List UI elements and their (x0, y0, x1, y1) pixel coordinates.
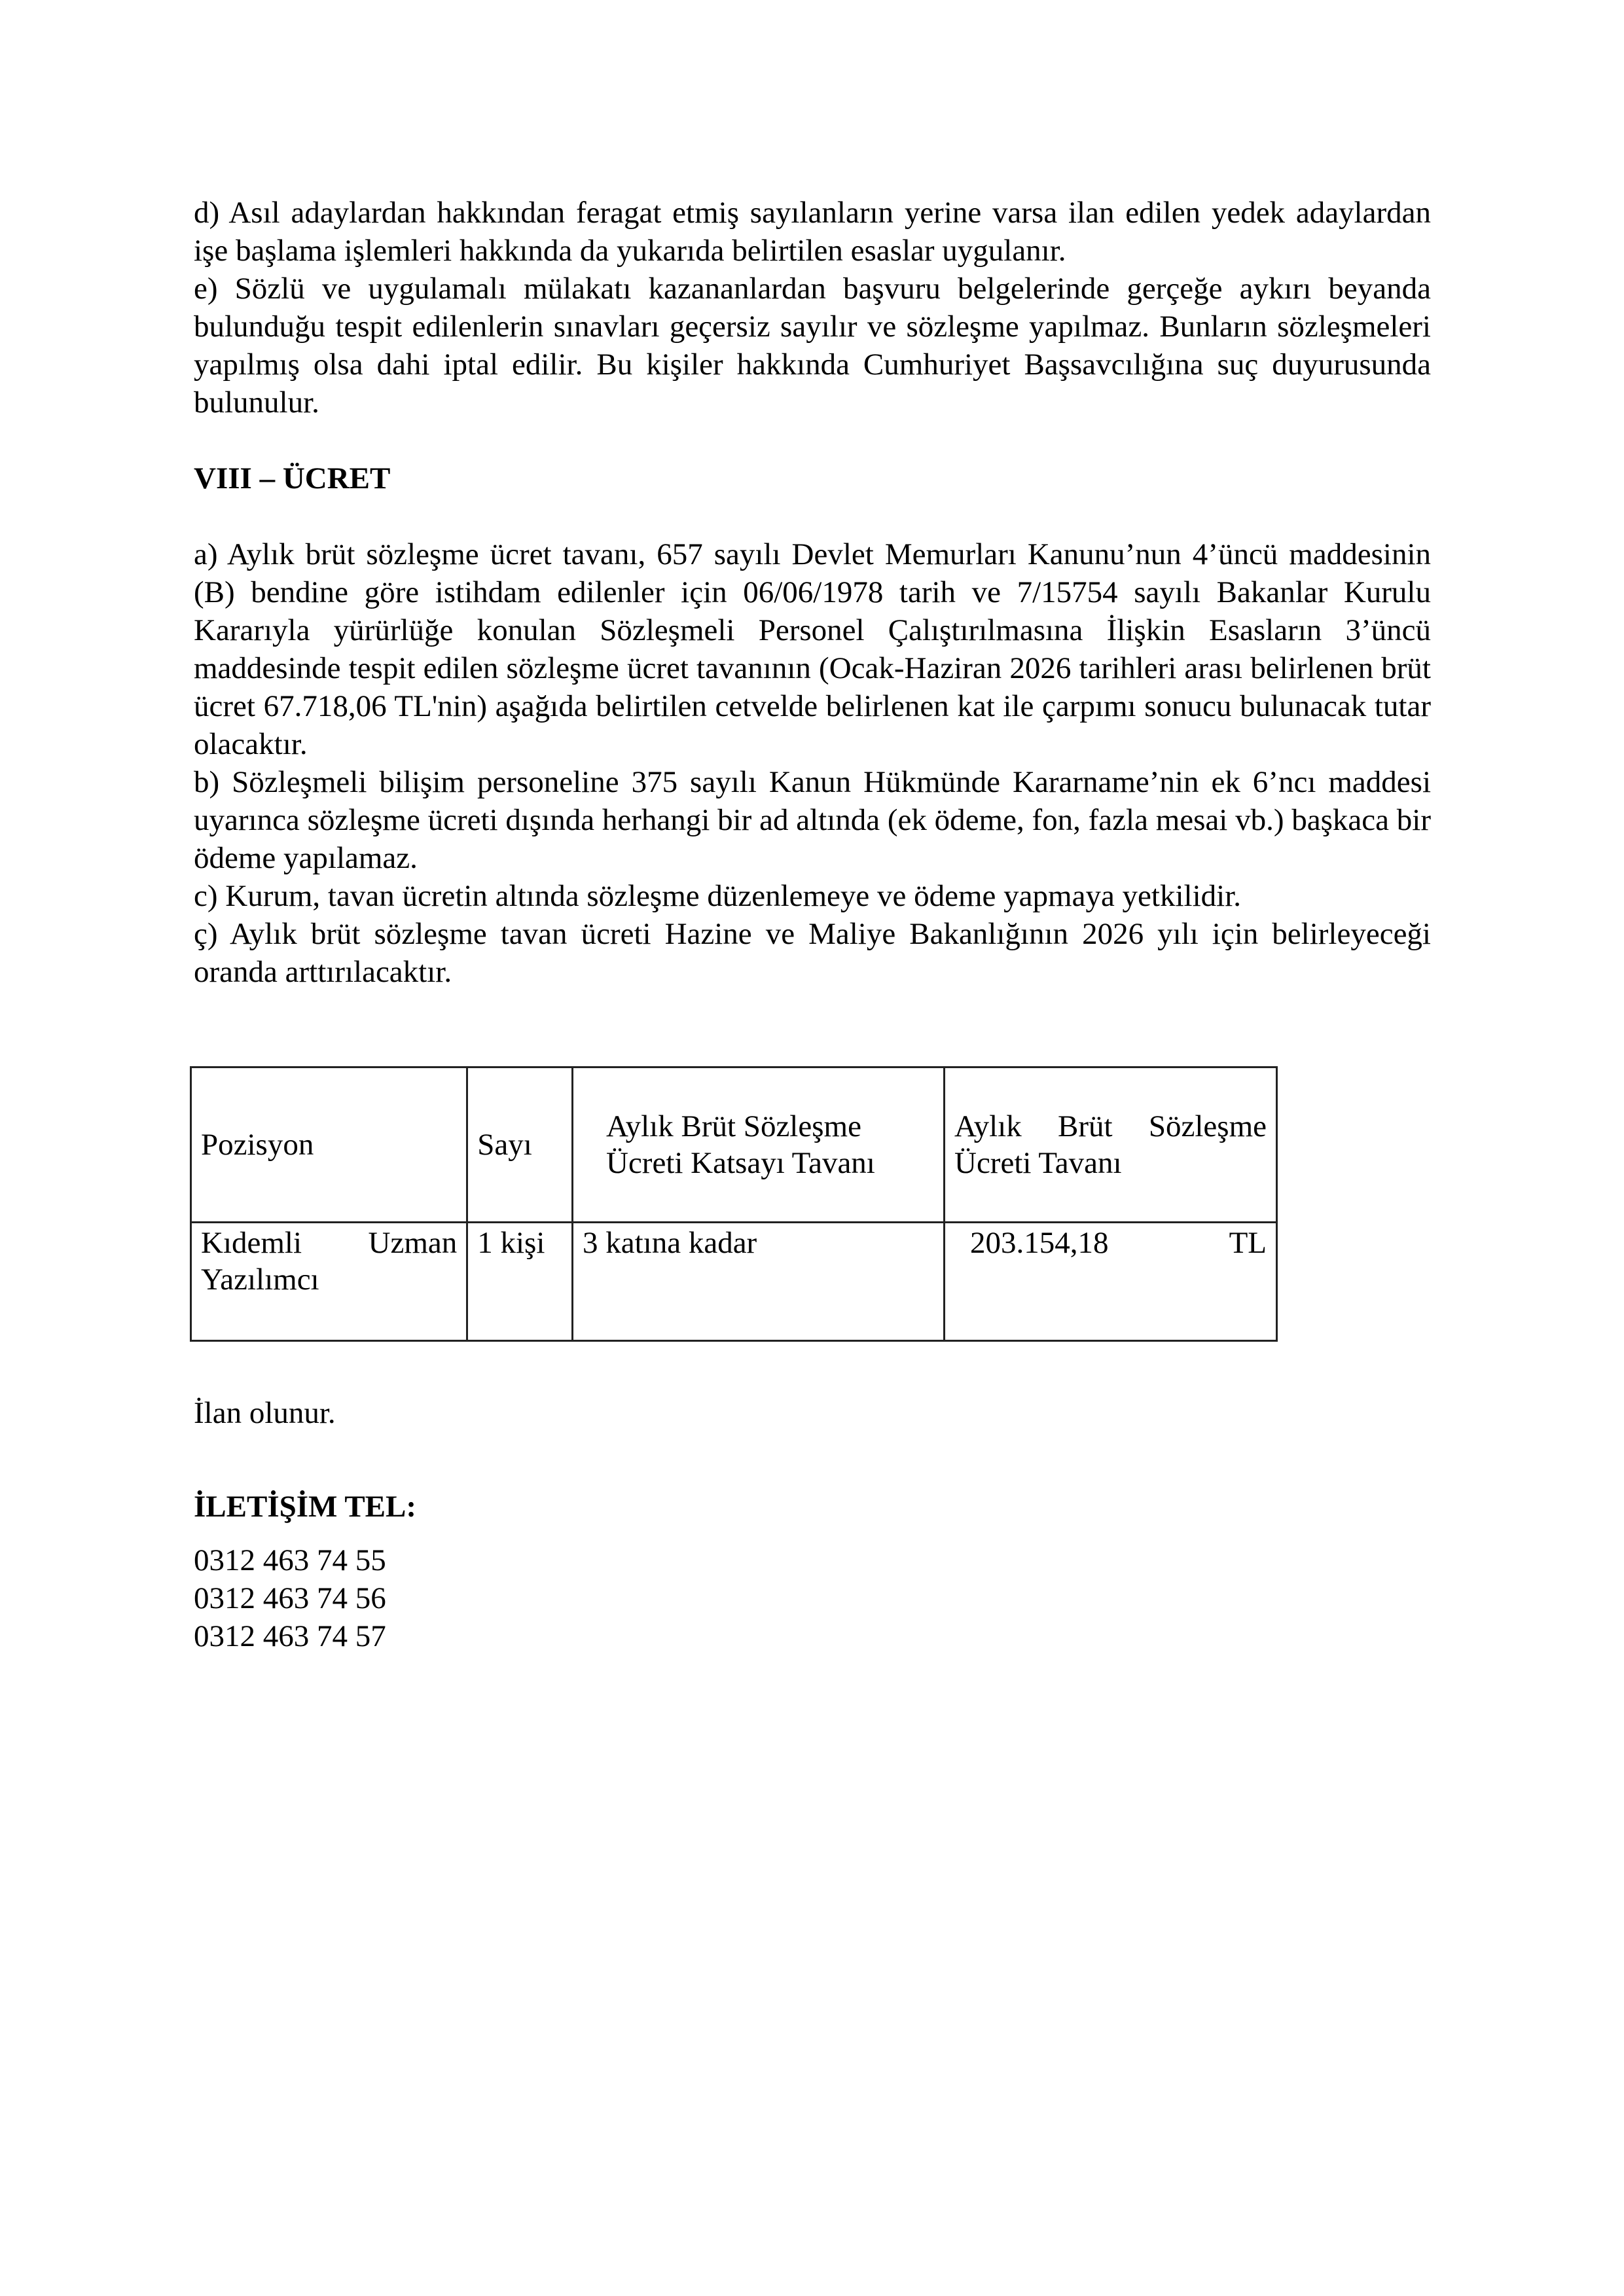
phone-number: 0312 463 74 56 (194, 1579, 1431, 1617)
phone-list: 0312 463 74 55 0312 463 74 56 0312 463 7… (194, 1541, 1431, 1655)
phone-number: 0312 463 74 55 (194, 1541, 1431, 1579)
spacer (194, 422, 1431, 459)
cell-count: 1 kişi (467, 1223, 573, 1341)
spacer (194, 1526, 1431, 1541)
document-page: d) Asıl adaylardan hakkından feragat etm… (194, 194, 1431, 1655)
spacer (194, 1432, 1431, 1488)
spacer (194, 991, 1431, 1066)
header-coefficient: Aylık Brüt Sözleşme Ücreti Katsayı Tavan… (573, 1067, 945, 1223)
spacer (194, 497, 1431, 535)
phone-number: 0312 463 74 57 (194, 1617, 1431, 1655)
contact-heading: İLETİŞİM TEL: (194, 1488, 1431, 1526)
salary-currency: TL (1229, 1225, 1267, 1261)
paragraph-e: e) Sözlü ve uygulamalı mülakatı kazananl… (194, 270, 1431, 422)
table-header-row: Pozisyon Sayı Aylık Brüt Sözleşme Ücreti… (191, 1067, 1277, 1223)
paragraph-c-cedilla: ç) Aylık brüt sözleşme tavan ücreti Hazi… (194, 915, 1431, 991)
cell-position: Kıdemli Uzman Yazılımcı (191, 1223, 467, 1341)
header-count: Sayı (467, 1067, 573, 1223)
paragraph-d: d) Asıl adaylardan hakkından feragat etm… (194, 194, 1431, 270)
cell-salary-cap: 203.154,18 TL (945, 1223, 1277, 1341)
salary-table: Pozisyon Sayı Aylık Brüt Sözleşme Ücreti… (190, 1066, 1278, 1342)
section-heading-ucret: VIII – ÜCRET (194, 459, 1431, 497)
paragraph-b: b) Sözleşmeli bilişim personeline 375 sa… (194, 763, 1431, 877)
salary-amount: 203.154,18 (970, 1225, 1109, 1261)
closing-text: İlan olunur. (194, 1394, 1431, 1432)
paragraph-c: c) Kurum, tavan ücretin altında sözleşme… (194, 877, 1431, 915)
header-position: Pozisyon (191, 1067, 467, 1223)
spacer (194, 1342, 1431, 1394)
paragraph-a: a) Aylık brüt sözleşme ücret tavanı, 657… (194, 535, 1431, 763)
cell-coefficient: 3 katına kadar (573, 1223, 945, 1341)
header-salary-cap: Aylık Brüt Sözleşme Ücreti Tavanı (945, 1067, 1277, 1223)
table-row: Kıdemli Uzman Yazılımcı 1 kişi 3 katına … (191, 1223, 1277, 1341)
